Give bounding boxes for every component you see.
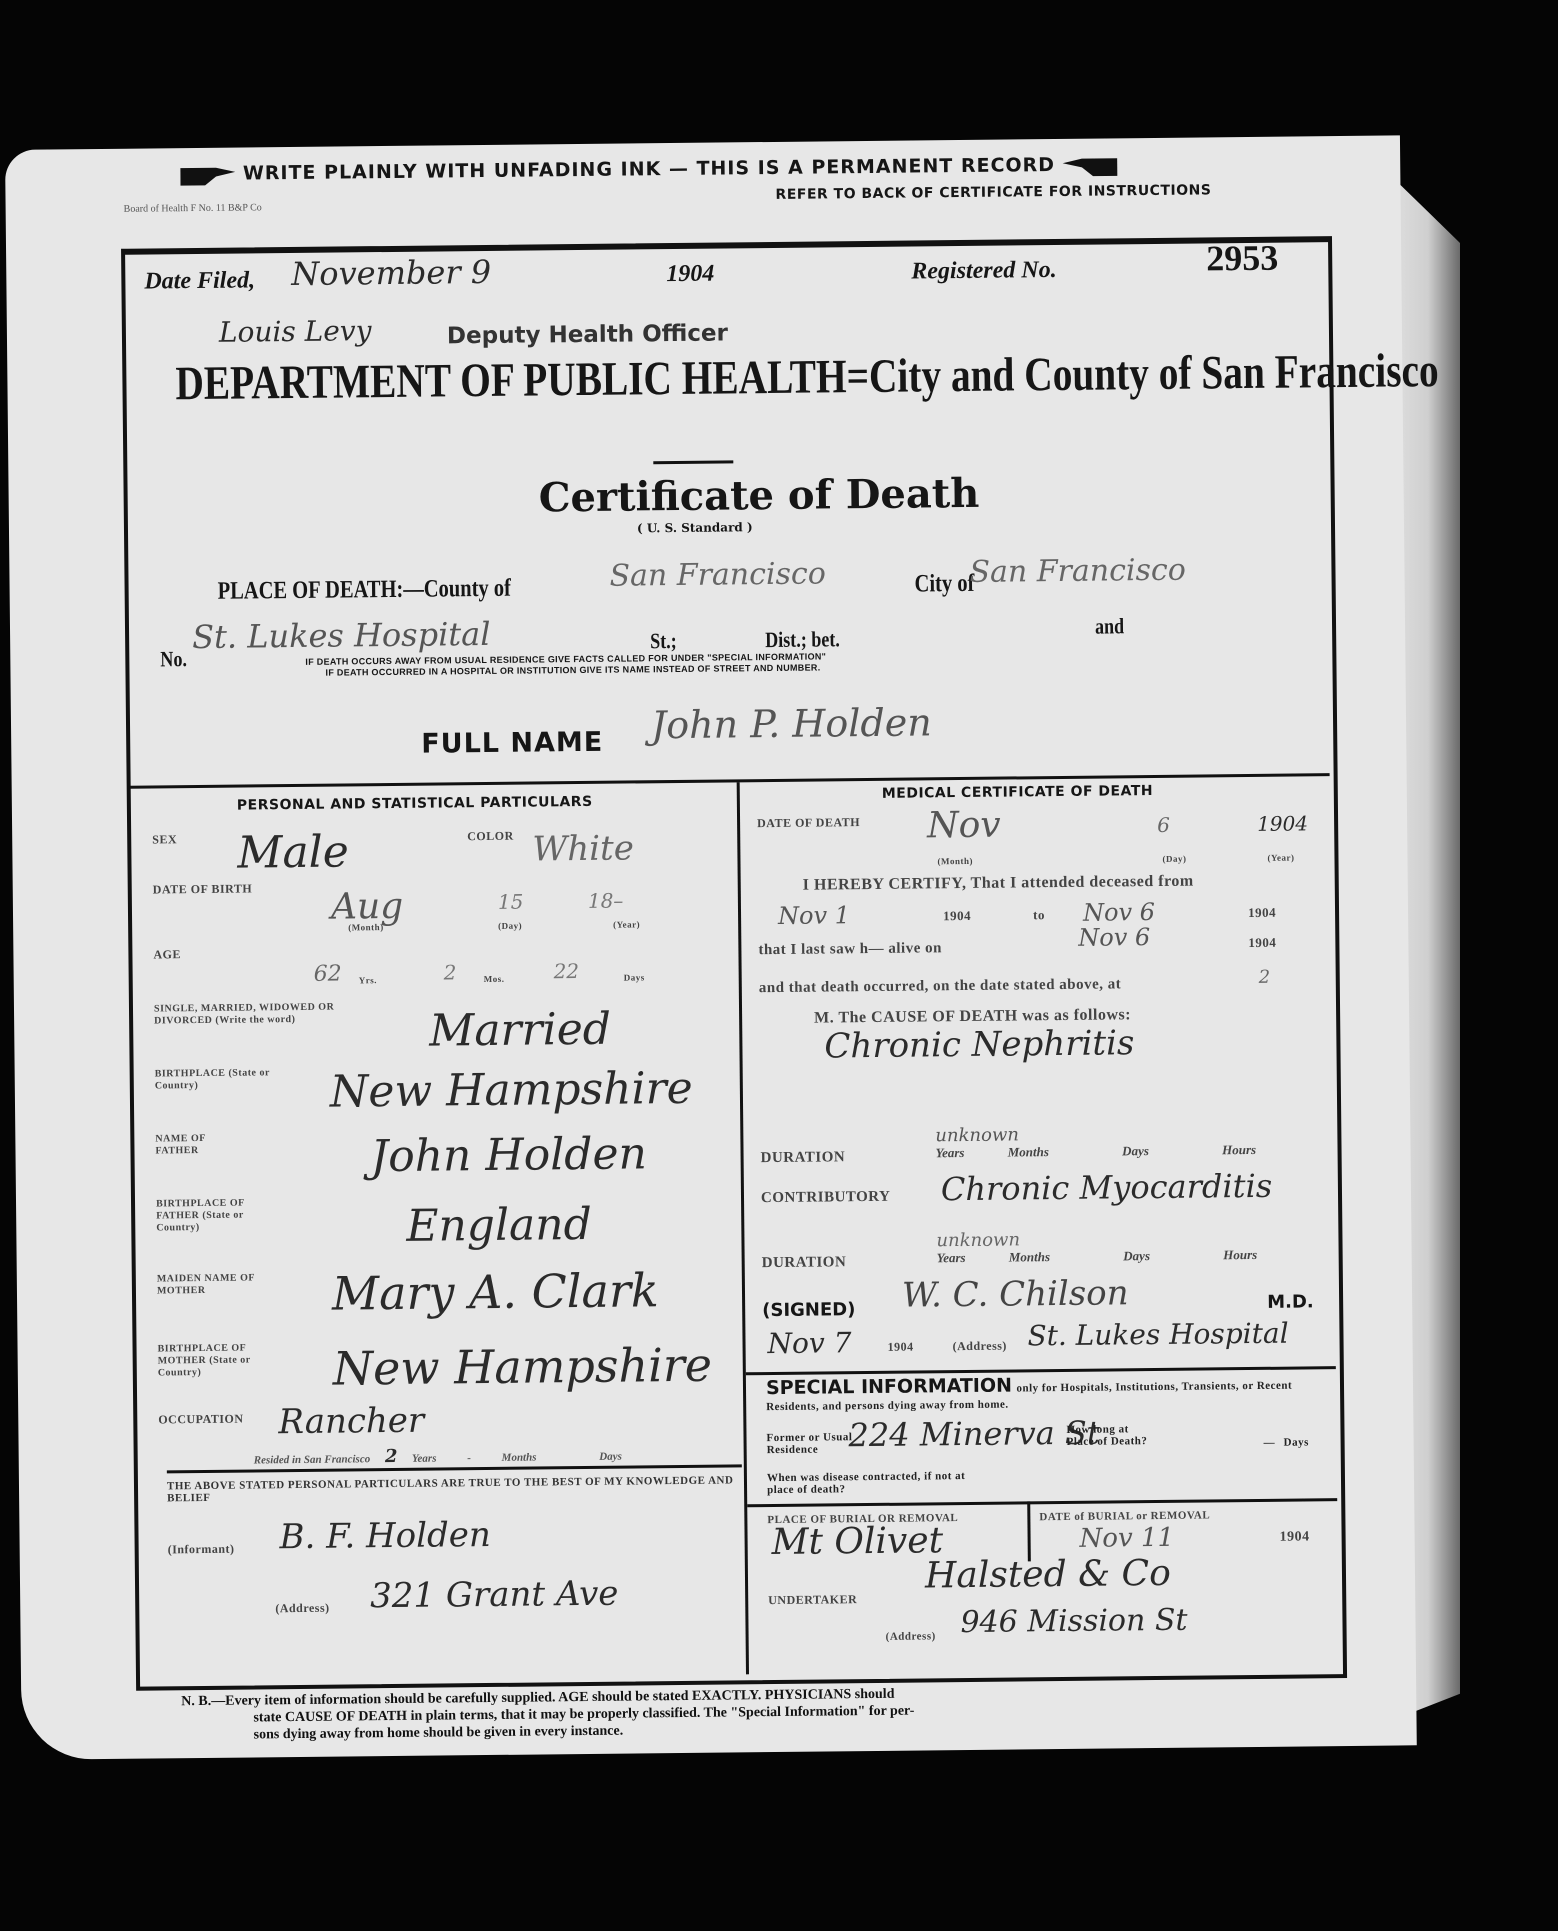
sex-value: Male (237, 826, 349, 878)
hours-caption: Hours (1222, 1142, 1256, 1157)
cause-value: Chronic Nephritis (824, 1023, 1134, 1066)
color-label: COLOR (467, 830, 514, 842)
hours-caption: Hours (1223, 1247, 1257, 1262)
mother-label: MAIDEN NAME OF MOTHER (157, 1272, 287, 1297)
resided-years-label: Years (412, 1453, 437, 1465)
attended-to-year: 1904 (1248, 907, 1276, 919)
how-long-label: How long at Place of Death? (1066, 1423, 1156, 1448)
how-long-days-label: Days (1284, 1436, 1309, 1448)
dod-day-caption: (Day) (1162, 853, 1186, 865)
special-heading-block: SPECIAL INFORMATION only for Hospitals, … (766, 1374, 1326, 1414)
undertaker-address-value: 946 Mission St (960, 1603, 1187, 1640)
contributory-value: Chronic Myocarditis (941, 1167, 1273, 1208)
special-heading: SPECIAL INFORMATION (766, 1375, 1012, 1400)
father-label: NAME OF FATHER (155, 1133, 245, 1158)
burial-date-value: Nov 11 (1079, 1523, 1174, 1554)
district-label: Dist.; bet. (765, 626, 840, 653)
death-certificate-page: WRITE PLAINLY WITH UNFADING INK — THIS I… (5, 135, 1417, 1760)
date-filed-year: 1904 (666, 261, 714, 289)
attended-to-label: to (1033, 909, 1045, 921)
instructions-note: REFER TO BACK OF CERTIFICATE FOR INSTRUC… (775, 182, 1211, 203)
mother-birthplace-value: New Hampshire (332, 1338, 712, 1396)
dob-month-caption: (Month) (348, 921, 384, 933)
printer-mark: Board of Health F No. 11 B&P Co (124, 202, 262, 214)
banner-text: WRITE PLAINLY WITH UNFADING INK — THIS I… (243, 154, 1055, 185)
mother-birthplace-label: BIRTHPLACE OF MOTHER (State or Country) (158, 1342, 288, 1379)
street-label: St.; (650, 628, 677, 654)
informant-address-label: (Address) (275, 1602, 329, 1615)
duration-2-value: unknown (936, 1229, 1020, 1251)
age-label: AGE (153, 948, 181, 960)
full-name-value: John P. Holden (651, 700, 932, 747)
birthplace-label: BIRTHPLACE (State or Country) (155, 1067, 285, 1092)
dob-day-caption: (Day) (498, 920, 522, 932)
duration-2-units: Years Months Days Hours (937, 1247, 1258, 1266)
age-days: 22 (554, 959, 580, 983)
dod-day: 6 (1157, 813, 1170, 837)
certificate-frame (121, 236, 1347, 1691)
color-value: White (532, 828, 634, 869)
resided-months: - (467, 1452, 471, 1464)
occupation-label: OCCUPATION (158, 1413, 243, 1426)
county-value: San Francisco (609, 556, 826, 593)
age-months: 2 (444, 960, 457, 984)
signed-year: 1904 (888, 1341, 914, 1353)
burial-column-divider (1027, 1501, 1031, 1561)
days-caption: Days (1123, 1248, 1150, 1263)
dod-month: Nov (927, 805, 1001, 847)
city-value: San Francisco (969, 553, 1186, 590)
occupation-value: Rancher (278, 1401, 424, 1443)
informant-address-value: 321 Grant Ave (370, 1574, 619, 1617)
dod-year-caption: (Year) (1267, 852, 1294, 864)
marital-label: SINGLE, MARRIED, WIDOWED OR DIVORCED (Wr… (154, 1001, 354, 1027)
certificate-subtitle: ( U. S. Standard ) (637, 520, 753, 535)
banner: WRITE PLAINLY WITH UNFADING INK — THIS I… (180, 153, 1118, 185)
registered-no-label: Registered No. (911, 257, 1057, 286)
death-time: 2 (1259, 967, 1271, 988)
informant-value: B. F. Holden (279, 1515, 491, 1557)
medical-heading: MEDICAL CERTIFICATE OF DEATH (882, 783, 1153, 802)
years-caption: Years (937, 1250, 966, 1265)
duration-2-label: DURATION (762, 1256, 847, 1269)
burial-year: 1904 (1280, 1531, 1310, 1543)
birthplace-value: New Hampshire (330, 1063, 693, 1118)
md-label: M.D. (1267, 1291, 1314, 1312)
last-saw-label: that I last saw h— alive on (758, 940, 942, 958)
last-saw-value: Nov 6 (1078, 923, 1150, 952)
place-of-death-label: PLACE OF DEATH:—County of (217, 575, 511, 606)
pointing-hand-left-icon (1063, 154, 1118, 177)
duration-1-value: unknown (935, 1124, 1019, 1146)
days-caption: Days (1122, 1143, 1149, 1158)
sex-label: SEX (152, 833, 177, 845)
full-name-label: FULL NAME (421, 727, 603, 760)
pointing-hand-right-icon (180, 163, 235, 186)
and-label: and (1095, 613, 1124, 639)
certificate-title: Certificate of Death (538, 470, 979, 522)
father-birthplace-label: BIRTHPLACE OF FATHER (State or Country) (156, 1197, 286, 1234)
informant-label: (Informant) (168, 1543, 235, 1556)
last-saw-year: 1904 (1248, 937, 1276, 949)
registered-number: 2953 (1206, 237, 1278, 280)
months-caption: Months (1008, 1144, 1049, 1159)
dod-month-caption: (Month) (937, 855, 973, 867)
burial-date-label: DATE of BURIAL or REMOVAL (1039, 1509, 1210, 1523)
how-long-value: — (1264, 1437, 1276, 1449)
undertaker-label: UNDERTAKER (768, 1593, 857, 1606)
signed-date: Nov 7 (767, 1326, 851, 1360)
date-filed-value: November 9 (291, 253, 491, 293)
age-years-caption: Yrs. (359, 974, 377, 986)
dob-day: 15 (498, 890, 524, 914)
attended-from: Nov 1 (778, 901, 850, 930)
physician-address-label: (Address) (953, 1340, 1007, 1353)
dob-label: DATE OF BIRTH (153, 882, 253, 895)
officer-signature: Louis Levy (219, 314, 372, 349)
city-label: City of (914, 570, 974, 599)
age-days-caption: Days (624, 971, 645, 983)
street-no-value: St. Lukes Hospital (192, 615, 491, 656)
undertaker-value: Halsted & Co (925, 1553, 1171, 1597)
age-months-caption: Mos. (484, 973, 505, 985)
resided-row: Resided in San Francisco 2 Years - Month… (254, 1444, 622, 1469)
attended-from-year: 1904 (943, 910, 971, 922)
physician-address: St. Lukes Hospital (1027, 1317, 1288, 1353)
contributory-label: CONTRIBUTORY (761, 1191, 891, 1204)
date-filed-label: Date Filed, (144, 267, 255, 295)
officer-title: Deputy Health Officer (447, 320, 728, 349)
residence-value: 224 Minerva St (848, 1414, 1100, 1455)
marital-value: Married (429, 1004, 611, 1057)
mother-value: Mary A. Clark (332, 1263, 659, 1320)
resided-months-label: Months (502, 1452, 537, 1464)
age-years: 62 (314, 962, 342, 987)
footnote: N. B.—Every item of information should b… (181, 1686, 914, 1745)
months-caption: Months (1009, 1249, 1050, 1264)
resided-years: 2 (385, 1446, 398, 1467)
duration-1-units: Years Months Days Hours (935, 1142, 1256, 1161)
contracted-label: When was disease contracted, if not at p… (767, 1470, 967, 1496)
resided-days-label: Days (599, 1451, 622, 1463)
street-no-label: No. (160, 646, 187, 672)
physician-signature: W. C. Chilson (902, 1273, 1129, 1315)
burial-place-value: Mt Olivet (771, 1520, 943, 1563)
dod-label: DATE OF DEATH (757, 816, 860, 829)
signed-label: (SIGNED) (762, 1299, 855, 1321)
years-caption: Years (935, 1145, 964, 1160)
dob-year-caption: (Year) (613, 918, 640, 930)
duration-1-label: DURATION (761, 1151, 846, 1164)
undertaker-address-label: (Address) (886, 1630, 936, 1643)
dob-year: 18– (588, 889, 624, 913)
resided-label: Resided in San Francisco (254, 1453, 371, 1466)
father-birthplace-value: England (406, 1199, 592, 1252)
father-value: John Holden (370, 1128, 647, 1182)
dod-year: 1904 (1257, 811, 1308, 836)
